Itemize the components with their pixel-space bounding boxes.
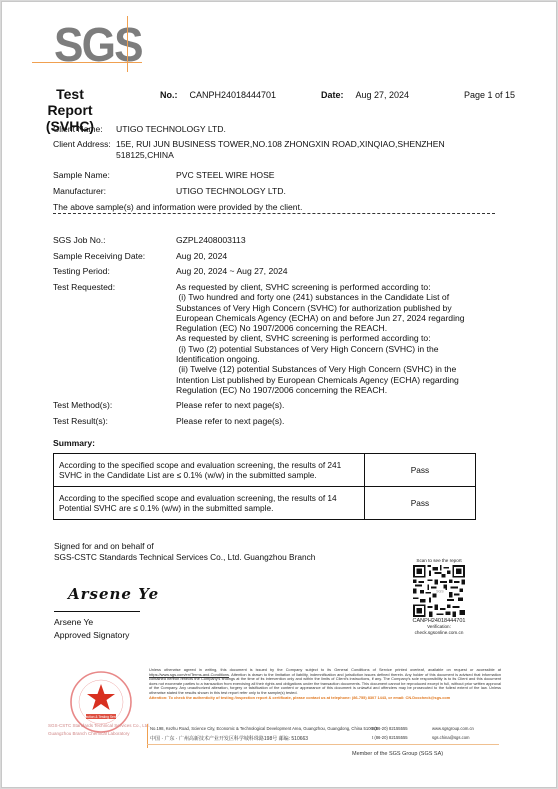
test-requested-line: As requested by client, SVHC screening i… bbox=[176, 282, 496, 292]
dashed-divider bbox=[53, 213, 495, 214]
test-requested-text: As requested by client, SVHC screening i… bbox=[176, 282, 496, 395]
qr-code-icon[interactable]: SGS bbox=[410, 565, 468, 617]
report-page: SGS Test Report (SVHC) No.:CANPH24018444… bbox=[1, 1, 557, 788]
signature-line bbox=[54, 611, 140, 612]
report-date: Date:Aug 27, 2024 bbox=[321, 90, 409, 100]
sample-name-value: PVC STEEL WIRE HOSE bbox=[176, 170, 275, 180]
test-method-value: Please refer to next page(s). bbox=[176, 400, 284, 410]
signed-on-behalf: Signed for and on behalf of SGS-CSTC Sta… bbox=[54, 541, 315, 562]
logo-horizontal-rule bbox=[32, 62, 142, 63]
test-method-label: Test Method(s): bbox=[53, 400, 112, 410]
logo-text: SGS bbox=[54, 18, 142, 74]
client-address-label: Client Address: bbox=[53, 139, 111, 149]
stamp-text-line2: Guangzhou Branch Chemical Laboratory bbox=[48, 731, 130, 736]
client-name-label: Client Name: bbox=[53, 124, 103, 134]
receiving-date-label: Sample Receiving Date: bbox=[53, 251, 145, 261]
qr-block: Scan to see the report SGS CANPH24018444… bbox=[404, 558, 474, 636]
test-requested-line: Substances of Very High Concern (SVHC) f… bbox=[176, 303, 496, 313]
stamp-text-line1: SGS-CSTC Standards Technical Services Co… bbox=[48, 723, 150, 728]
client-name-value: UTIGO TECHNOLOGY LTD. bbox=[116, 124, 226, 134]
summary-title: Summary: bbox=[53, 438, 95, 448]
test-requested-line: Regulation (EC) No 1907/2006 concerning … bbox=[176, 385, 496, 395]
testing-period-value: Aug 20, 2024 ~ Aug 27, 2024 bbox=[176, 266, 288, 276]
page-indicator: Page 1 of 15 bbox=[464, 90, 515, 100]
test-requested-line: As requested by client, SVHC screening i… bbox=[176, 333, 496, 343]
summary-table: According to the specified scope and eva… bbox=[53, 453, 476, 520]
test-result-value: Please refer to next page(s). bbox=[176, 416, 284, 426]
footer-address-en: No.198, Kezhu Road, Science City, Econom… bbox=[150, 726, 378, 731]
report-title-line1: Test Report bbox=[32, 86, 108, 118]
summary-text-line: Potential SVHC are ≤ 0.1% (w/w) in the s… bbox=[59, 503, 359, 513]
receiving-date-value: Aug 20, 2024 bbox=[176, 251, 227, 261]
signed-line1: Signed for and on behalf of bbox=[54, 541, 315, 552]
report-number: No.:CANPH24018444701 bbox=[160, 90, 276, 100]
footer-web[interactable]: www.sgsgroup.com.cn bbox=[432, 726, 474, 731]
qr-verification-url[interactable]: check.sgsonline.com.cn bbox=[404, 630, 474, 636]
test-requested-line: (i) Two hundred and forty one (241) subs… bbox=[176, 292, 496, 302]
summary-row-result: Pass bbox=[365, 454, 476, 487]
test-requested-line: Intention List published by European Che… bbox=[176, 375, 496, 385]
test-requested-line: Regulation (EC) No 1907/2006 concerning … bbox=[176, 323, 496, 333]
footer-phone2: t (86-20) 82155555 bbox=[372, 735, 408, 740]
summary-text-line: According to the specified scope and eva… bbox=[59, 460, 359, 470]
provided-note: The above sample(s) and information were… bbox=[53, 202, 302, 212]
report-date-label: Date: bbox=[321, 90, 344, 100]
attention-notice: Attention: To check the authenticity of … bbox=[149, 696, 501, 701]
summary-row: According to the specified scope and eva… bbox=[54, 487, 476, 520]
report-number-value: CANPH24018444701 bbox=[190, 90, 277, 100]
signer-role: Approved Signatory bbox=[54, 630, 129, 640]
summary-row: According to the specified scope and eva… bbox=[54, 454, 476, 487]
sgs-logo: SGS bbox=[32, 16, 144, 72]
test-requested-line: (ii) Twelve (12) potential Substances of… bbox=[176, 364, 496, 374]
legal-disclaimer: Unless otherwise agreed in writing, this… bbox=[149, 668, 501, 700]
footer-address-cn: 中国 · 广东 · 广州高新技术产业开发区科学城科珠路198号 邮编: 5106… bbox=[150, 735, 308, 742]
svg-text:SGS: SGS bbox=[436, 590, 444, 594]
test-requested-label: Test Requested: bbox=[53, 282, 115, 292]
summary-text-line: According to the specified scope and eva… bbox=[59, 493, 359, 503]
qr-caption: Scan to see the report bbox=[404, 558, 474, 564]
logo-vertical-rule bbox=[127, 16, 128, 72]
job-no-label: SGS Job No.: bbox=[53, 235, 106, 245]
manufacturer-label: Manufacturer: bbox=[53, 186, 106, 196]
footer-phone1: t (86-20) 82155555 bbox=[372, 726, 408, 731]
test-result-label: Test Result(s): bbox=[53, 416, 108, 426]
footer-email[interactable]: sgs.china@sgs.com bbox=[432, 735, 470, 740]
report-date-value: Aug 27, 2024 bbox=[356, 90, 410, 100]
testing-period-label: Testing Period: bbox=[53, 266, 110, 276]
test-requested-line: European Chemicals Agency (ECHA) on and … bbox=[176, 313, 496, 323]
client-address-line2: 518125,CHINA bbox=[116, 150, 174, 160]
test-requested-line: (i) Two (2) potential Substances of Very… bbox=[176, 344, 496, 354]
job-no-value: GZPL2408003113 bbox=[176, 235, 246, 245]
signed-line2: SGS-CSTC Standards Technical Services Co… bbox=[54, 552, 315, 563]
member-note: Member of the SGS Group (SGS SA) bbox=[352, 751, 443, 757]
svg-text:Inspection & Testing Services: Inspection & Testing Services bbox=[79, 715, 122, 719]
test-requested-line: Identification ongoing. bbox=[176, 354, 496, 364]
summary-row-result: Pass bbox=[365, 487, 476, 520]
footer-rule bbox=[147, 744, 499, 745]
summary-text-line: SVHC in the Candidate List are ≤ 0.1% (w… bbox=[59, 470, 359, 480]
manufacturer-value: UTIGO TECHNOLOGY LTD. bbox=[176, 186, 286, 196]
summary-row-text: According to the specified scope and eva… bbox=[54, 487, 365, 520]
client-address-line1: 15E, RUI JUN BUSINESS TOWER,NO.108 ZHONG… bbox=[116, 139, 445, 149]
handwritten-signature: Arsene Ye bbox=[68, 585, 159, 603]
sample-name-label: Sample Name: bbox=[53, 170, 110, 180]
signer-name: Arsene Ye bbox=[54, 617, 93, 627]
report-number-label: No.: bbox=[160, 90, 178, 100]
summary-row-text: According to the specified scope and eva… bbox=[54, 454, 365, 487]
